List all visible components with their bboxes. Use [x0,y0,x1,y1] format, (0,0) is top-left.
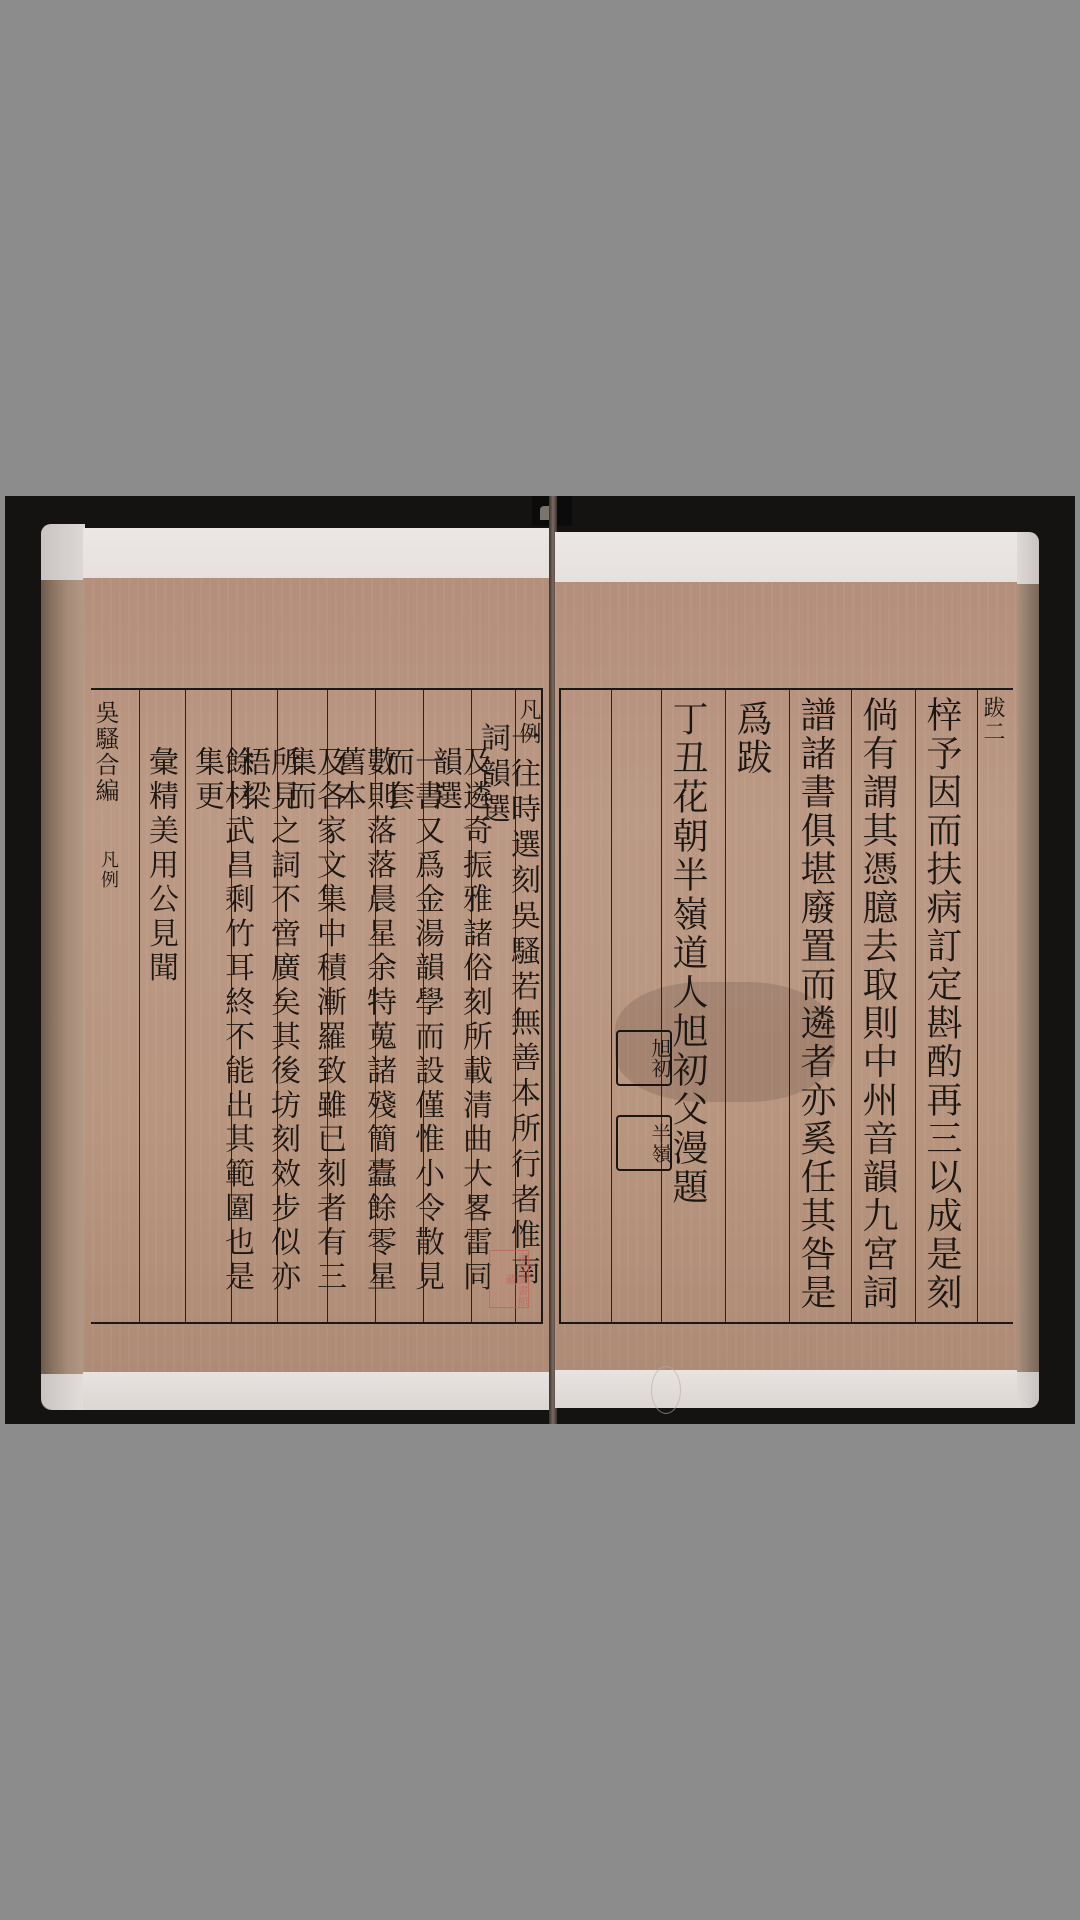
left-page-stack [41,524,85,1410]
spine-section: 凡例 [99,850,117,890]
right-page: 梓予因而扶病訂定斟酌再三以成是刻 倘有謂其憑臆去取則中州音韻九宮詞 譜諸書俱堪廢… [555,532,1017,1408]
artist-seal-top: 旭初 [616,1030,672,1086]
text-column: 譜諸書俱堪廢置而遴者亦奚任其咎是 [797,696,833,1312]
right-text-frame: 梓予因而扶病訂定斟酌再三以成是刻 倘有謂其憑臆去取則中州音韻九宮詞 譜諸書俱堪廢… [559,688,1013,1324]
text-column: 倘有謂其憑臆去取則中州音韻九宮詞 [859,696,895,1312]
left-paper: 凡例 一往時選刻吳騷若無善本所行者惟南詞韻選 及遴奇振雅諸俗刻所載清曲大畧雷同韻… [83,578,550,1372]
signature-column: 丁丑花朝半嶺道人旭初父漫題 [669,700,705,1207]
faint-round-stamp [651,1366,681,1414]
open-book: 凡例 一往時選刻吳騷若無善本所行者惟南詞韻選 及遴奇振雅諸俗刻所載清曲大畧雷同韻… [5,496,1075,1424]
text-column: 餘材武昌剩竹耳終不能出其範圍也是集更 [191,746,251,1322]
spine-label: 跋二 [981,696,1003,744]
text-column: 彙精美用公見聞 [145,746,175,986]
left-page: 凡例 一往時選刻吳騷若無善本所行者惟南詞韻選 及遴奇振雅諸俗刻所載清曲大畧雷同韻… [83,528,550,1410]
left-text-frame: 凡例 一往時選刻吳騷若無善本所行者惟南詞韻選 及遴奇振雅諸俗刻所載清曲大畧雷同韻… [91,688,543,1324]
red-collector-seal: 東京圖書館藏 [489,1250,529,1308]
top-margin [83,528,550,578]
column-divider [561,690,612,1322]
bottom-margin [555,1370,1017,1408]
spine-title: 吳騷合編 [93,700,117,804]
right-paper: 梓予因而扶病訂定斟酌再三以成是刻 倘有謂其憑臆去取則中州音韻九宮詞 譜諸書俱堪廢… [555,582,1017,1370]
text-column: 爲跋 [733,700,769,777]
artist-seal-bottom: 半嶺 [616,1115,672,1171]
top-margin [555,532,1017,582]
column-divider [611,690,662,1322]
book-photo: 凡例 一往時選刻吳騷若無善本所行者惟南詞韻選 及遴奇振雅諸俗刻所載清曲大畧雷同韻… [5,496,1075,1424]
column-divider [725,690,790,1322]
bottom-margin [83,1372,550,1410]
right-page-stack [1015,532,1039,1408]
text-column: 梓予因而扶病訂定斟酌再三以成是刻 [923,696,959,1312]
